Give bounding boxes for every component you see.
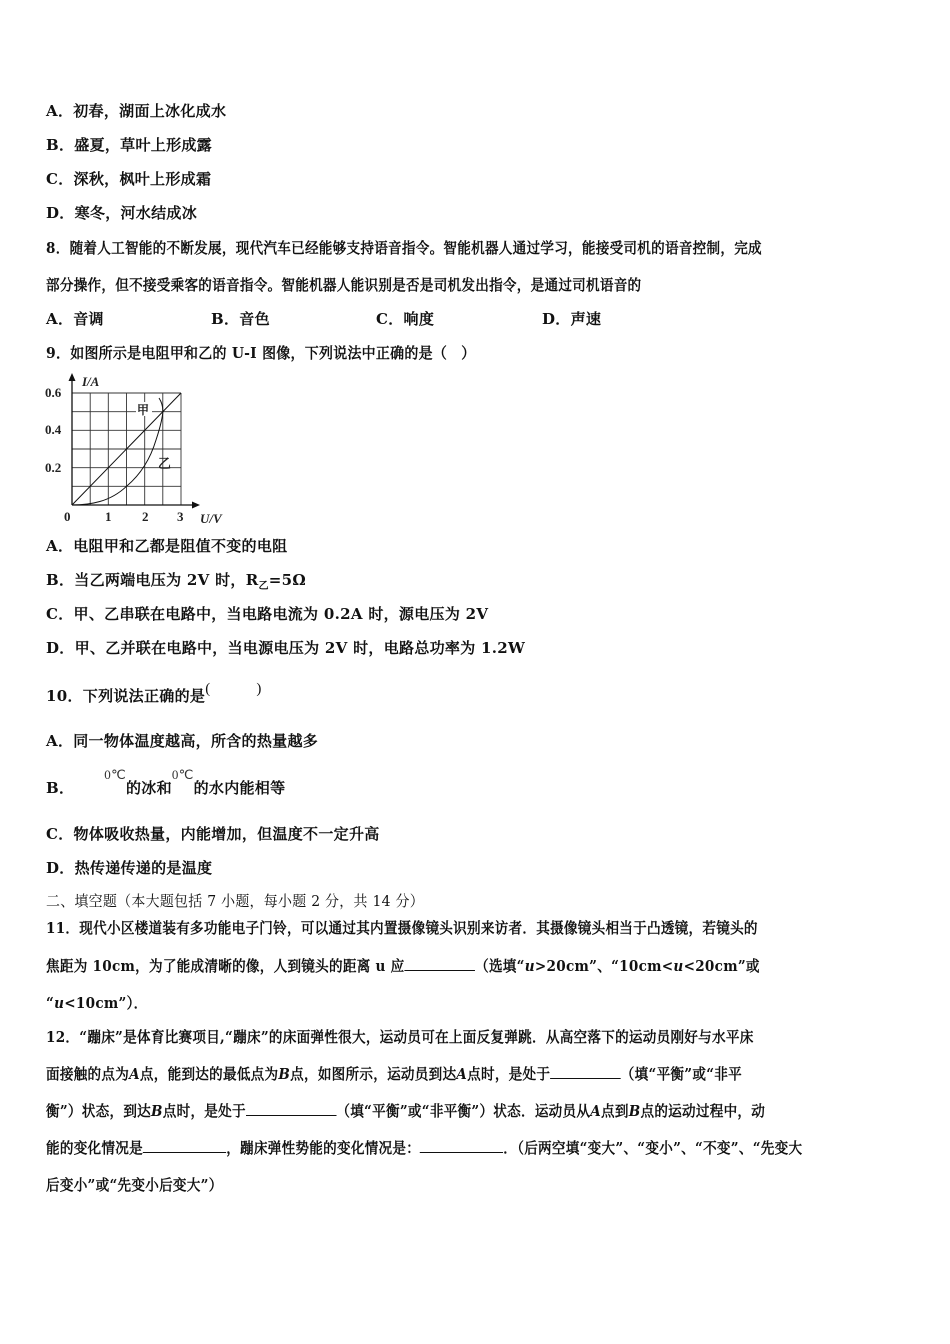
temp-formula-2: 0℃: [172, 767, 194, 782]
q12-answer-blank-1[interactable]: [550, 1064, 621, 1079]
q10-option-c: C．物体吸收热量，内能增加，但温度不一定升高: [46, 824, 380, 844]
q12-answer-blank-4[interactable]: [420, 1138, 503, 1153]
q8-option-a: A．音调: [46, 309, 104, 329]
y-axis-label: I/A: [81, 374, 100, 389]
q7-option-b: B．盛夏，草叶上形成露: [46, 135, 212, 155]
q12-line1: 12．“蹦床”是体育比赛项目,“蹦床”的床面弹性很大，运动员可在上面反复弹跳．从…: [46, 1027, 754, 1047]
series-jia-label: 甲: [137, 403, 149, 417]
q12-answer-blank-2[interactable]: [246, 1101, 337, 1116]
q12-line3: 衡”）状态，到达B点时，是处于（填“平衡”或“非平衡”）状态．运动员从A点到B点…: [46, 1101, 765, 1121]
x-tick-1: 1: [105, 509, 112, 524]
q11-line2: 焦距为 10cm，为了能成清晰的像，人到镜头的距离 u 应（选填“u>20cm”…: [46, 956, 760, 976]
q11-line3: “u<10cm”）．: [46, 993, 147, 1013]
series-yi-label: 乙: [158, 457, 171, 472]
y-tick-0.6: 0.6: [45, 385, 62, 400]
x-tick-3: 3: [177, 509, 184, 524]
section-title: 二、填空题（本大题包括 7 小题，每小题 2 分，共 14 分）: [46, 891, 424, 911]
q8-stem-line1: 8．随着人工智能的不断发展，现代汽车已经能够支持语音指令。智能机器人通过学习，能…: [46, 238, 762, 258]
q9-option-b: B．当乙两端电压为 2V 时，R乙=5Ω: [46, 570, 306, 593]
q12-line5: 后变小”或“先变小后变大”）: [46, 1175, 223, 1195]
temp-formula-1: 0℃: [104, 767, 126, 782]
q7-option-c: C．深秋，枫叶上形成霜: [46, 169, 211, 189]
q10-option-d: D．热传递传递的是温度: [46, 858, 212, 878]
q10-option-b: B．0℃的冰和0℃的水内能相等: [46, 778, 285, 799]
answer-paren: ( ): [205, 681, 262, 697]
x-tick-0: 0: [64, 509, 71, 524]
q7-option-a: A．初春，湖面上冰化成水: [46, 101, 226, 121]
ui-graph: I/A U/V 0.6 0.4 0.2 0 1 2 3 甲 乙: [40, 370, 240, 530]
q9-stem: 9．如图所示是电阻甲和乙的 U-I 图像，下列说法中正确的是（ ）: [46, 343, 476, 363]
q10-stem: 10．下列说法正确的是( ): [46, 686, 262, 707]
q10-option-a: A．同一物体温度越高，所含的热量越多: [46, 731, 318, 751]
q8-option-c: C．响度: [376, 309, 434, 329]
q8-option-d: D．声速: [542, 309, 601, 329]
q9-option-c: C．甲、乙串联在电路中，当电路电流为 0.2A 时，源电压为 2V: [46, 604, 488, 624]
y-tick-0.4: 0.4: [45, 422, 62, 437]
q12-answer-blank-3[interactable]: [143, 1138, 226, 1153]
q9-option-a: A．电阻甲和乙都是阻值不变的电阻: [46, 536, 287, 556]
q11-answer-blank[interactable]: [405, 956, 476, 971]
x-tick-2: 2: [142, 509, 149, 524]
y-axis-arrow-icon: [69, 373, 76, 381]
q8-stem-line2: 部分操作，但不接受乘客的语音指令。智能机器人能识别是否是司机发出指令，是通过司机…: [46, 275, 641, 295]
q8-option-b: B．音色: [211, 309, 270, 329]
y-tick-0.2: 0.2: [45, 460, 61, 475]
q7-option-d: D．寒冬，河水结成冰: [46, 203, 197, 223]
q12-line4: 能的变化情况是，蹦床弹性势能的变化情况是：．（后两空填“变大”、“变小”、“不变…: [46, 1138, 802, 1158]
q11-line1: 11．现代小区楼道装有多功能电子门铃，可以通过其内置摄像镜头识别来访者．其摄像镜…: [46, 918, 758, 938]
q9-option-d: D．甲、乙并联在电路中，当电源电压为 2V 时，电路总功率为 1.2W: [46, 638, 525, 658]
x-axis-arrow-icon: [192, 502, 200, 509]
x-axis-label: U/V: [200, 511, 223, 526]
q12-line2: 面接触的点为A点，能到达的最低点为B点，如图所示，运动员到达A点时，是处于（填“…: [46, 1064, 742, 1084]
